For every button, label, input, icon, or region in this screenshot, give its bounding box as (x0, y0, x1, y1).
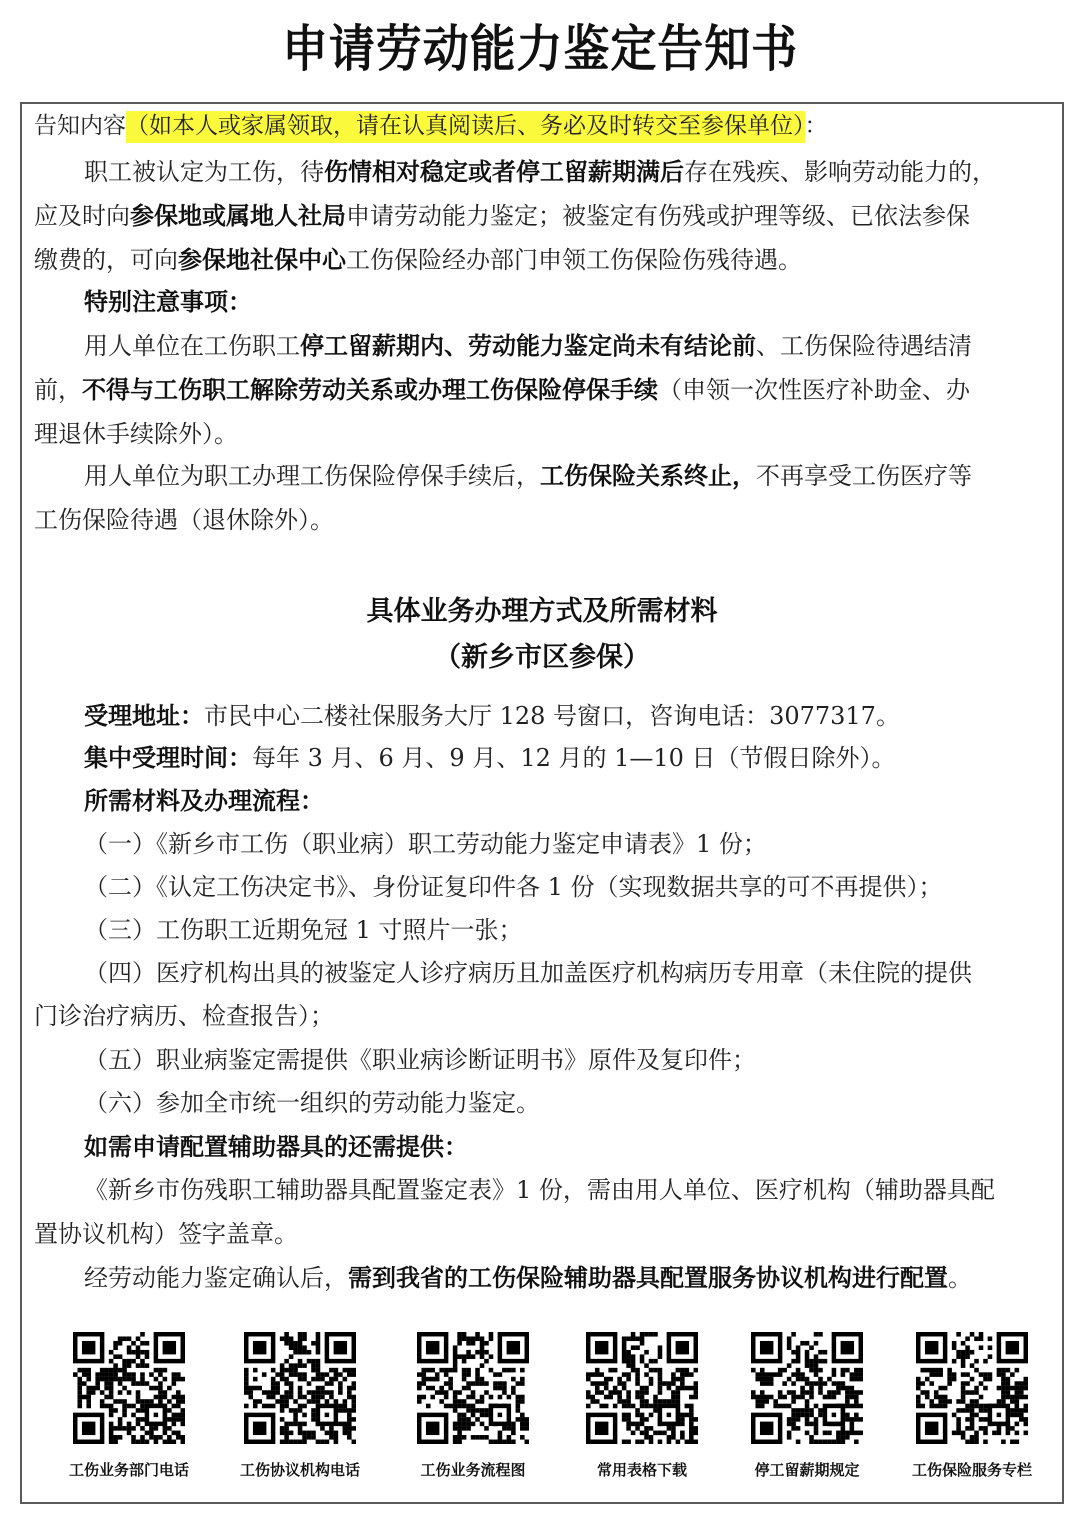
para2-line3: 理退休手续除外）。 (34, 418, 238, 450)
text: 前， (34, 376, 82, 404)
notice-heading-colon: ： (805, 113, 828, 139)
qr-card-5[interactable]: 停工留薪期规定 (722, 1332, 892, 1480)
notice-heading-label: 告知内容 (34, 113, 126, 139)
address-line: 受理地址：市民中心二楼社保服务大厅 128 号窗口，咨询电话：3077317。 (84, 700, 900, 732)
text: 存在残疾、影响劳动能力的， (684, 158, 996, 186)
qr-code-icon[interactable] (586, 1332, 698, 1444)
text: 、工伤保险待遇结清 (756, 332, 972, 360)
para1-line3: 缴费的，可向参保地社保中心工伤保险经办部门申领工伤保险伤残待遇。 (34, 244, 802, 276)
text: 缴费的，可向 (34, 246, 178, 274)
materials-item-2: （二）《认定工伤决定书》、身份证复印件各 1 份（实现数据共享的可不再提供）； (84, 871, 943, 903)
address-label: 受理地址： (84, 702, 204, 730)
materials-item-6: （六）参加全市统一组织的劳动能力鉴定。 (84, 1087, 540, 1119)
emphasis-text: 伤情相对稳定或者停工留薪期满后 (324, 158, 684, 186)
text: 不再享受工伤医疗等 (756, 462, 972, 490)
materials-item-1: （一）《新乡市工伤（职业病）职工劳动能力鉴定申请表》1 份； (84, 828, 767, 860)
para1-line1: 职工被认定为工伤，待伤情相对稳定或者停工留薪期满后存在残疾、影响劳动能力的， (84, 156, 996, 188)
text: （申领一次性医疗补助金、办 (658, 376, 970, 404)
materials-item-3: （三）工伤职工近期免冠 1 寸照片一张； (84, 914, 523, 946)
emphasis-text: 工伤保险关系终止， (540, 462, 756, 490)
text: 申请劳动能力鉴定；被鉴定有伤残或护理等级、已依法参保 (346, 202, 970, 230)
qr-card-2[interactable]: 工伤协议机构电话 (215, 1332, 385, 1480)
materials-item-4: （四）医疗机构出具的被鉴定人诊疗病历且加盖医疗机构病历专用章（未住院的提供 (84, 957, 972, 989)
text: 职工被认定为工伤，待 (84, 158, 324, 186)
qr-card-3[interactable]: 工伤业务流程图 (388, 1332, 558, 1480)
qr-label: 工伤保险服务专栏 (887, 1460, 1057, 1480)
qr-code-icon[interactable] (916, 1332, 1028, 1444)
address-value: 市民中心二楼社保服务大厅 128 号窗口，咨询电话：3077317。 (204, 702, 900, 730)
qr-code-row: 工伤业务部门电话 工伤协议机构电话 工伤业务流程图 常用表格下载 停工留薪期规定… (22, 1332, 1062, 1502)
final-line: 经劳动能力鉴定确认后，需到我省的工伤保险辅助器具配置服务协议机构进行配置。 (84, 1262, 972, 1294)
assist-line2: 置协议机构）签字盖章。 (34, 1218, 298, 1250)
para3-line1: 用人单位为职工办理工伤保险停保手续后，工伤保险关系终止，不再享受工伤医疗等 (84, 460, 972, 492)
para2-line1: 用人单位在工伤职工停工留薪期内、劳动能力鉴定尚未有结论前、工伤保险待遇结清 (84, 330, 972, 362)
assist-heading: 如需申请配置辅助器具的还需提供： (84, 1131, 468, 1163)
text: 应及时向 (34, 202, 130, 230)
business-title: 具体业务办理方式及所需材料 (22, 594, 1062, 630)
special-notes-heading: 特别注意事项： (84, 286, 252, 318)
text: 用人单位在工伤职工 (84, 332, 300, 360)
qr-label: 工伤协议机构电话 (215, 1460, 385, 1480)
para2-line2: 前，不得与工伤职工解除劳动关系或办理工伤保险停保手续（申领一次性医疗补助金、办 (34, 374, 970, 406)
qr-code-icon[interactable] (417, 1332, 529, 1444)
text: 用人单位为职工办理工伤保险停保手续后， (84, 462, 540, 490)
page-title: 申请劳动能力鉴定告知书 (43, 14, 1037, 84)
time-line: 集中受理时间：每年 3 月、6 月、9 月、12 月的 1—10 日（节假日除外… (84, 742, 896, 774)
para3-line2: 工伤保险待遇（退休除外）。 (34, 504, 334, 536)
qr-code-icon[interactable] (73, 1332, 185, 1444)
notice-heading: 告知内容（如本人或家属领取，请在认真阅读后、务必及时转交至参保单位）： (34, 110, 828, 142)
qr-label: 工伤业务流程图 (388, 1460, 558, 1480)
materials-heading: 所需材料及办理流程： (84, 785, 324, 817)
materials-item-4-cont: 门诊治疗病历、检查报告）； (34, 1000, 334, 1032)
text: 。 (948, 1264, 972, 1292)
qr-card-6[interactable]: 工伤保险服务专栏 (887, 1332, 1057, 1480)
qr-label: 工伤业务部门电话 (44, 1460, 214, 1480)
notice-heading-highlight: （如本人或家属领取，请在认真阅读后、务必及时转交至参保单位） (126, 111, 805, 143)
notice-frame: 告知内容（如本人或家属领取，请在认真阅读后、务必及时转交至参保单位）： 职工被认… (20, 102, 1064, 1504)
qr-card-4[interactable]: 常用表格下载 (557, 1332, 727, 1480)
qr-label: 停工留薪期规定 (722, 1460, 892, 1480)
time-value: 每年 3 月、6 月、9 月、12 月的 1—10 日（节假日除外）。 (252, 744, 896, 772)
emphasis-text: 参保地或属地人社局 (130, 202, 346, 230)
para1-line2: 应及时向参保地或属地人社局申请劳动能力鉴定；被鉴定有伤残或护理等级、已依法参保 (34, 200, 970, 232)
assist-line1: 《新乡市伤残职工辅助器具配置鉴定表》1 份，需由用人单位、医疗机构（辅助器具配 (84, 1174, 995, 1206)
qr-label: 常用表格下载 (557, 1460, 727, 1480)
qr-code-icon[interactable] (751, 1332, 863, 1444)
materials-item-5: （五）职业病鉴定需提供《职业病诊断证明书》原件及复印件； (84, 1044, 756, 1076)
time-label: 集中受理时间： (84, 744, 252, 772)
text: 经劳动能力鉴定确认后， (84, 1264, 348, 1292)
business-subtitle: （新乡市区参保） (22, 640, 1062, 676)
emphasis-text: 停工留薪期内、劳动能力鉴定尚未有结论前 (300, 332, 756, 360)
emphasis-text: 参保地社保中心 (178, 246, 346, 274)
qr-code-icon[interactable] (244, 1332, 356, 1444)
emphasis-text: 不得与工伤职工解除劳动关系或办理工伤保险停保手续 (82, 376, 658, 404)
emphasis-text: 需到我省的工伤保险辅助器具配置服务协议机构进行配置 (348, 1264, 948, 1292)
text: 工伤保险经办部门申领工伤保险伤残待遇。 (346, 246, 802, 274)
qr-card-1[interactable]: 工伤业务部门电话 (44, 1332, 214, 1480)
